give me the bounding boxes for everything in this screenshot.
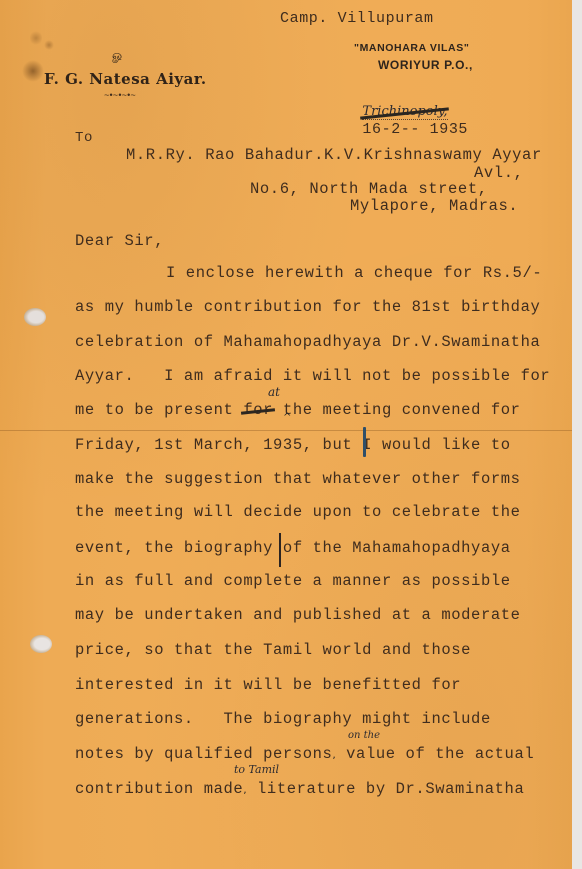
body-line: may be undertaken and published at a mod… [75,606,521,624]
insert-to-tamil-annotation: to Tamil [234,763,279,776]
date-place-struck: Trichinopoly, [362,104,447,120]
pen-mark [363,427,366,457]
body-line: contribution made, literature by Dr.Swam… [75,780,524,798]
insert-on-the-annotation: on the [348,730,380,741]
punch-hole-icon [24,308,46,326]
struck-word: for [243,401,273,419]
paper-fold-crease [0,430,572,431]
recipient-city: Mylapore, Madras. [350,197,518,215]
salutation: Dear Sir, [75,232,164,250]
body-line: me to be present for the meeting convene… [75,401,521,419]
insert-at-annotation: at [268,385,280,399]
recipient-street: No.6, North Mada street, [250,180,488,198]
body-line: event, the biography of the Mahamahopadh… [75,539,511,557]
flourish-ornament: ~•~•~•~ [104,91,135,101]
pen-mark [279,533,281,567]
body-line: as my humble contribution for the 81st b… [75,298,540,316]
om-symbol-icon: ௐ [112,48,124,64]
punch-hole-icon [30,635,52,653]
sender-name: F. G. Natesa Aiyar. [44,70,207,88]
body-line: I enclose herewith a cheque for Rs.5/- [166,264,542,282]
body-line: Ayyar. I am afraid it will not be possib… [75,367,550,385]
body-line: in as full and complete a manner as poss… [75,572,511,590]
body-line: Friday, 1st March, 1935, but I would lik… [75,436,511,454]
body-line: the meeting will decide upon to celebrat… [75,503,521,521]
body-line: price, so that the Tamil world and those [75,641,471,659]
camp-location: Camp. Villupuram [280,10,434,27]
body-line: interested in it will be benefitted for [75,676,461,694]
ink-stain [44,40,54,50]
body-line: celebration of Mahamahopadhyaya Dr.V.Swa… [75,333,540,351]
body-line: make the suggestion that whatever other … [75,470,521,488]
body-line: generations. The biography might include [75,710,491,728]
recipient-name: M.R.Ry. Rao Bahadur.K.V.Krishnaswamy Ayy… [126,146,542,164]
post-office: WORIYUR P.O., [378,58,473,72]
house-name: "MANOHARA VILAS" [354,42,469,54]
body-line: notes by qualified persons, value of the… [75,745,534,763]
letter-paper: ௐ F. G. Natesa Aiyar. ~•~•~•~ Camp. Vill… [0,0,572,869]
to-label: To [75,130,93,146]
ink-stain [22,60,44,82]
ink-stain [30,30,42,46]
date-value: 16-2-- 1935 [362,121,468,138]
insert-caret-icon: ^ [283,412,291,423]
